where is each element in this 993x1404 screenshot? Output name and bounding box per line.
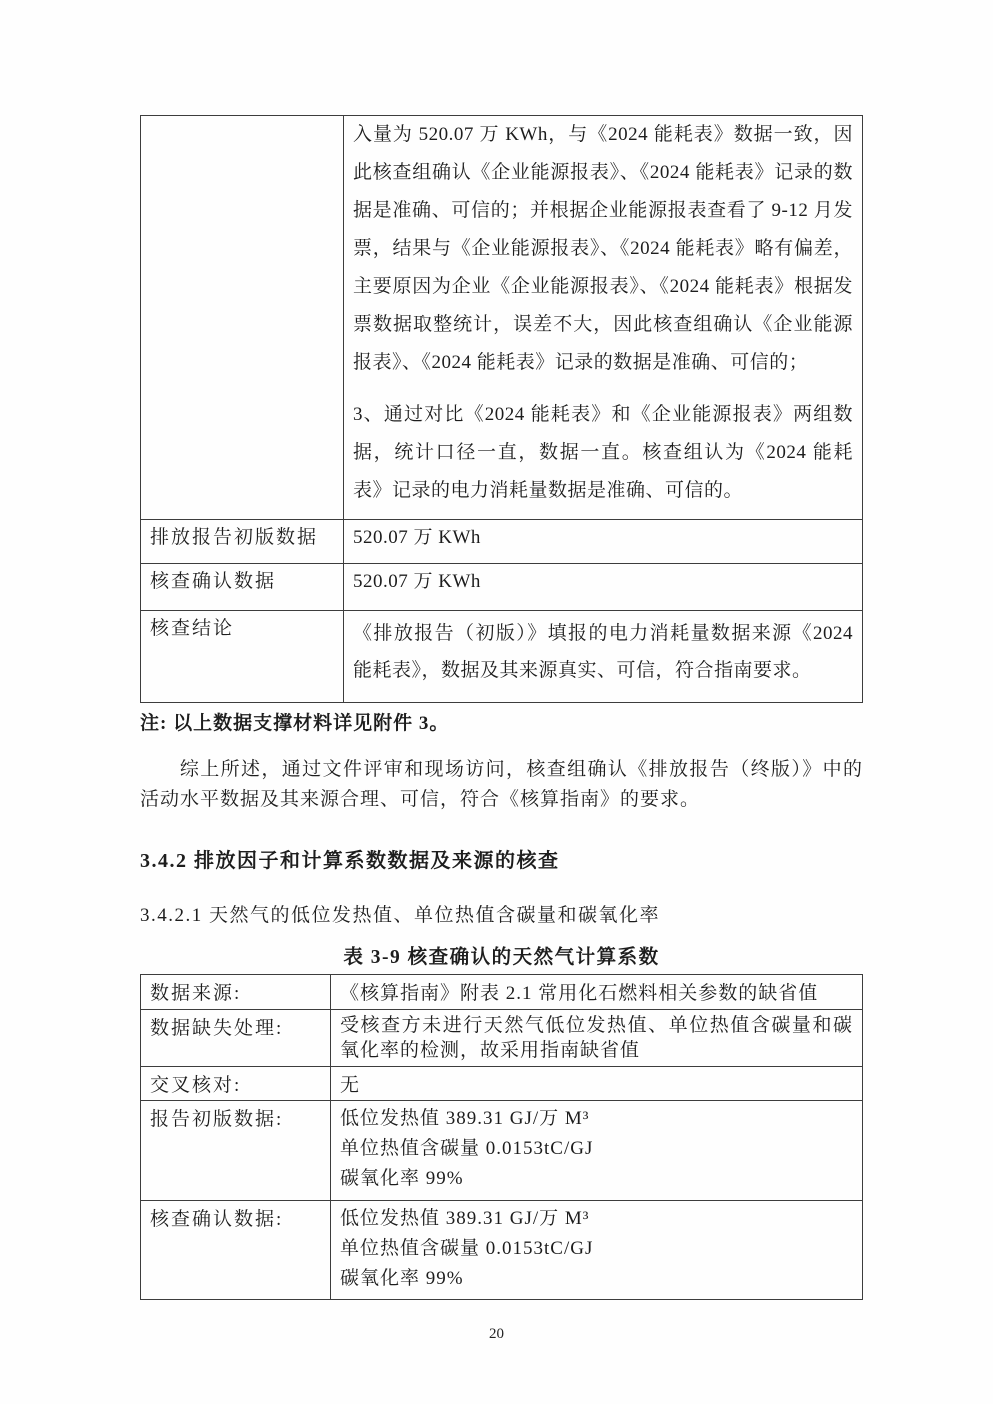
value-line-oxidation-rate: 碳氧化率 99%: [340, 1164, 853, 1194]
row-label: 数据来源:: [141, 975, 331, 1010]
value-line-oxidation-rate: 碳氧化率 99%: [340, 1264, 853, 1294]
section-heading-3421: 3.4.2.1 天然气的低位发热值、单位热值含碳量和碳氧化率: [140, 902, 863, 930]
summary-paragraph: 综上所述，通过文件评审和现场访问，核查组确认《排放报告（终版）》中的活动水平数据…: [140, 755, 863, 815]
table-row-cross-check: 交叉核对: 无: [141, 1067, 863, 1101]
electricity-verification-table: 入量为 520.07 万 KWh，与《2024 能耗表》数据一致，因此核查组确认…: [140, 115, 863, 703]
gas-coefficient-table: 数据来源: 《核算指南》附表 2.1 常用化石燃料相关参数的缺省值 数据缺失处理…: [140, 974, 863, 1300]
table-row-initial-report-values: 报告初版数据: 低位发热值 389.31 GJ/万 M³ 单位热值含碳量 0.0…: [141, 1101, 863, 1201]
table-row-verified-values: 核查确认数据: 低位发热值 389.31 GJ/万 M³ 单位热值含碳量 0.0…: [141, 1201, 863, 1300]
table-row-conclusion: 核查结论 《排放报告（初版）》填报的电力消耗量数据来源《2024 能耗表》，数据…: [141, 611, 863, 703]
row-label: 报告初版数据:: [141, 1101, 331, 1201]
value-line-ncv: 低位发热值 389.31 GJ/万 M³: [340, 1104, 853, 1134]
row-label: 数据缺失处理:: [141, 1010, 331, 1067]
value-line-carbon-content: 单位热值含碳量 0.0153tC/GJ: [340, 1134, 853, 1164]
footnote: 注: 以上数据支撑材料详见附件 3。: [140, 711, 863, 737]
table-row-missing-data-handling: 数据缺失处理: 受核查方未进行天然气低位发热值、单位热值含碳量和碳氧化率的检测，…: [141, 1010, 863, 1067]
row-label-empty: [141, 116, 344, 520]
table-row-data-source: 数据来源: 《核算指南》附表 2.1 常用化石燃料相关参数的缺省值: [141, 975, 863, 1010]
continued-paragraph-1: 入量为 520.07 万 KWh，与《2024 能耗表》数据一致，因此核查组确认…: [353, 116, 853, 382]
page-content: 入量为 520.07 万 KWh，与《2024 能耗表》数据一致，因此核查组确认…: [140, 115, 863, 1300]
continued-paragraph-2: 3、通过对比《2024 能耗表》和《企业能源报表》两组数据，统计口径一直，数据一…: [353, 396, 853, 510]
page-number: 20: [0, 1326, 993, 1343]
row-label: 核查结论: [141, 611, 344, 703]
table-row-verified-data: 核查确认数据 520.07 万 KWh: [141, 564, 863, 611]
table-row-continued: 入量为 520.07 万 KWh，与《2024 能耗表》数据一致，因此核查组确认…: [141, 116, 863, 520]
row-value: 受核查方未进行天然气低位发热值、单位热值含碳量和碳氧化率的检测，故采用指南缺省值: [331, 1010, 863, 1067]
row-value: 520.07 万 KWh: [344, 520, 863, 564]
row-value: 无: [331, 1067, 863, 1101]
table-row-initial-report-data: 排放报告初版数据 520.07 万 KWh: [141, 520, 863, 564]
row-label: 核查确认数据: [141, 564, 344, 611]
conclusion-text: 《排放报告（初版）》填报的电力消耗量数据来源《2024 能耗表》，数据及其来源真…: [353, 615, 853, 689]
row-value: 520.07 万 KWh: [344, 564, 863, 611]
document-page: 入量为 520.07 万 KWh，与《2024 能耗表》数据一致，因此核查组确认…: [0, 0, 993, 1404]
row-label: 核查确认数据:: [141, 1201, 331, 1300]
row-value: 《排放报告（初版）》填报的电力消耗量数据来源《2024 能耗表》，数据及其来源真…: [344, 611, 863, 703]
row-value: 低位发热值 389.31 GJ/万 M³ 单位热值含碳量 0.0153tC/GJ…: [331, 1101, 863, 1201]
table-3-9-caption: 表 3-9 核查确认的天然气计算系数: [140, 944, 863, 972]
row-label: 交叉核对:: [141, 1067, 331, 1101]
row-value: 《核算指南》附表 2.1 常用化石燃料相关参数的缺省值: [331, 975, 863, 1010]
value-line-carbon-content: 单位热值含碳量 0.0153tC/GJ: [340, 1234, 853, 1264]
section-heading-342: 3.4.2 排放因子和计算系数数据及来源的核查: [140, 847, 863, 875]
value-line-ncv: 低位发热值 389.31 GJ/万 M³: [340, 1204, 853, 1234]
row-label: 排放报告初版数据: [141, 520, 344, 564]
row-content-continued: 入量为 520.07 万 KWh，与《2024 能耗表》数据一致，因此核查组确认…: [344, 116, 863, 520]
row-value: 低位发热值 389.31 GJ/万 M³ 单位热值含碳量 0.0153tC/GJ…: [331, 1201, 863, 1300]
missing-data-text: 受核查方未进行天然气低位发热值、单位热值含碳量和碳氧化率的检测，故采用指南缺省值: [340, 1013, 853, 1063]
